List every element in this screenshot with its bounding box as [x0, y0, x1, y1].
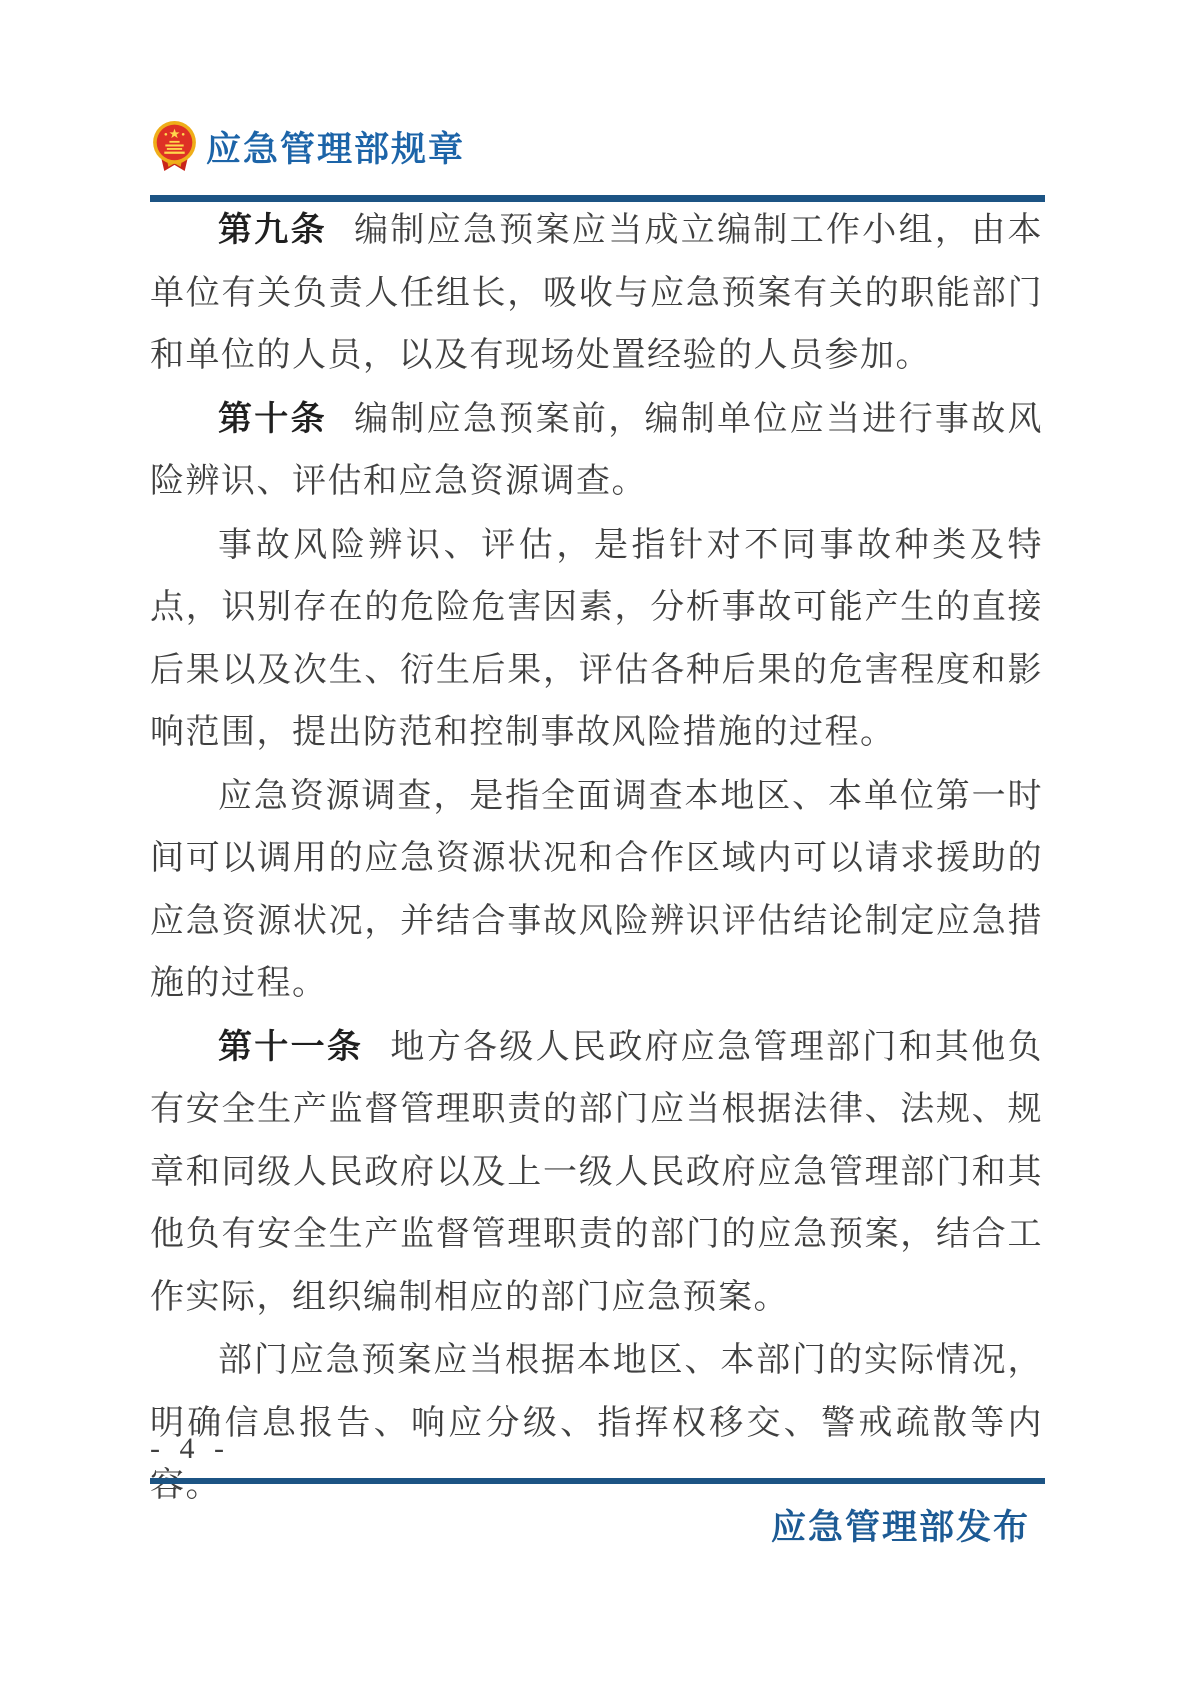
- publisher-label: 应急管理部发布: [150, 1500, 1030, 1550]
- paragraph-risk-definition: 事故风险辨识、评估，是指针对不同事故种类及特点，识别存在的危险危害因素，分析事故…: [150, 514, 1043, 765]
- paragraph-article-9: 第九条编制应急预案应当成立编制工作小组，由本单位有关负责人任组长，吸收与应急预案…: [150, 199, 1043, 388]
- article-10-label: 第十条: [218, 400, 327, 438]
- document-body: 第九条编制应急预案应当成立编制工作小组，由本单位有关负责人任组长，吸收与应急预案…: [150, 199, 1043, 1518]
- article-11-text: 地方各级人民政府应急管理部门和其他负有安全生产监督管理职责的部门应当根据法律、法…: [150, 1029, 1043, 1316]
- page-title: 应急管理部规章: [206, 122, 465, 172]
- paragraph-resource-survey-definition: 应急资源调查，是指全面调查本地区、本单位第一时间可以调用的应急资源状况和合作区域…: [150, 765, 1043, 1016]
- document-page: 应急管理部规章 第九条编制应急预案应当成立编制工作小组，由本单位有关负责人任组长…: [0, 0, 1190, 1683]
- page-number: - 4 -: [150, 1432, 230, 1466]
- paragraph-article-10: 第十条编制应急预案前，编制单位应当进行事故风险辨识、评估和应急资源调查。: [150, 388, 1043, 514]
- article-9-label: 第九条: [218, 211, 327, 249]
- paragraph-department-plan: 部门应急预案应当根据本地区、本部门的实际情况，明确信息报告、响应分级、指挥权移交…: [150, 1329, 1043, 1518]
- risk-definition-text: 事故风险辨识、评估，是指针对不同事故种类及特点，识别存在的危险危害因素，分析事故…: [150, 527, 1043, 752]
- footer-divider: [150, 1478, 1045, 1484]
- article-11-label: 第十一条: [218, 1028, 363, 1066]
- page-header: 应急管理部规章: [152, 120, 465, 173]
- paragraph-article-11: 第十一条地方各级人民政府应急管理部门和其他负有安全生产监督管理职责的部门应当根据…: [150, 1016, 1043, 1330]
- resource-survey-text: 应急资源调查，是指全面调查本地区、本单位第一时间可以调用的应急资源状况和合作区域…: [150, 778, 1043, 1003]
- national-emblem-icon: [152, 120, 197, 173]
